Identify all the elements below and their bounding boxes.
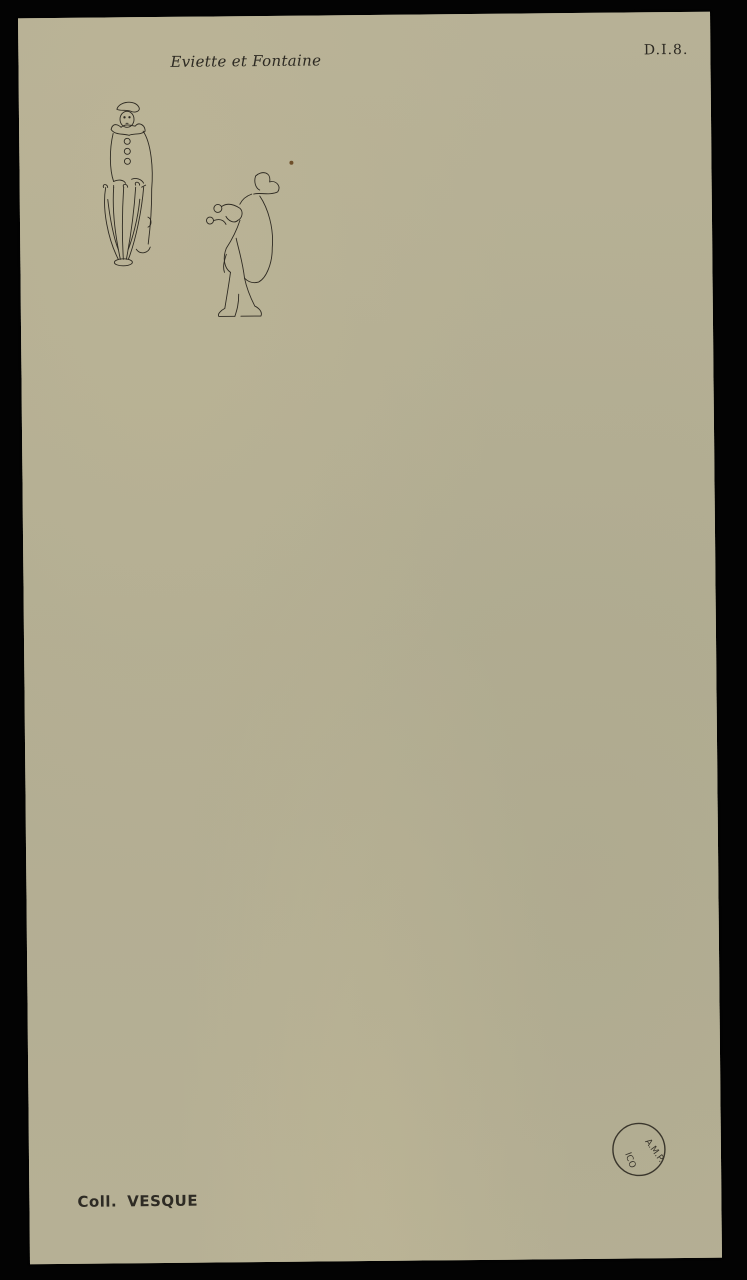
collection-name: VESQUE [127,1192,198,1211]
collection-prefix: Coll. [77,1192,117,1210]
svg-text:A.M.P.: A.M.P. [642,1137,665,1164]
scan-background: Eviette et Fontaine D.I.8. [0,0,747,1280]
sketch-clown-with-umbrellas [95,99,167,270]
collection-label: Coll.VESQUE [77,1192,198,1211]
svg-text:ICO: ICO [622,1151,637,1170]
paper-speck [289,161,293,165]
stamp-circle-icon: A.M.P. ICO [609,1119,670,1180]
sheet-title: Eviette et Fontaine [170,51,321,70]
reference-number: D.I.8. [644,42,689,58]
collection-stamp: A.M.P. ICO [609,1119,670,1180]
sketch-juggler-figure [205,168,297,329]
paper-sheet: Eviette et Fontaine D.I.8. [18,12,722,1265]
